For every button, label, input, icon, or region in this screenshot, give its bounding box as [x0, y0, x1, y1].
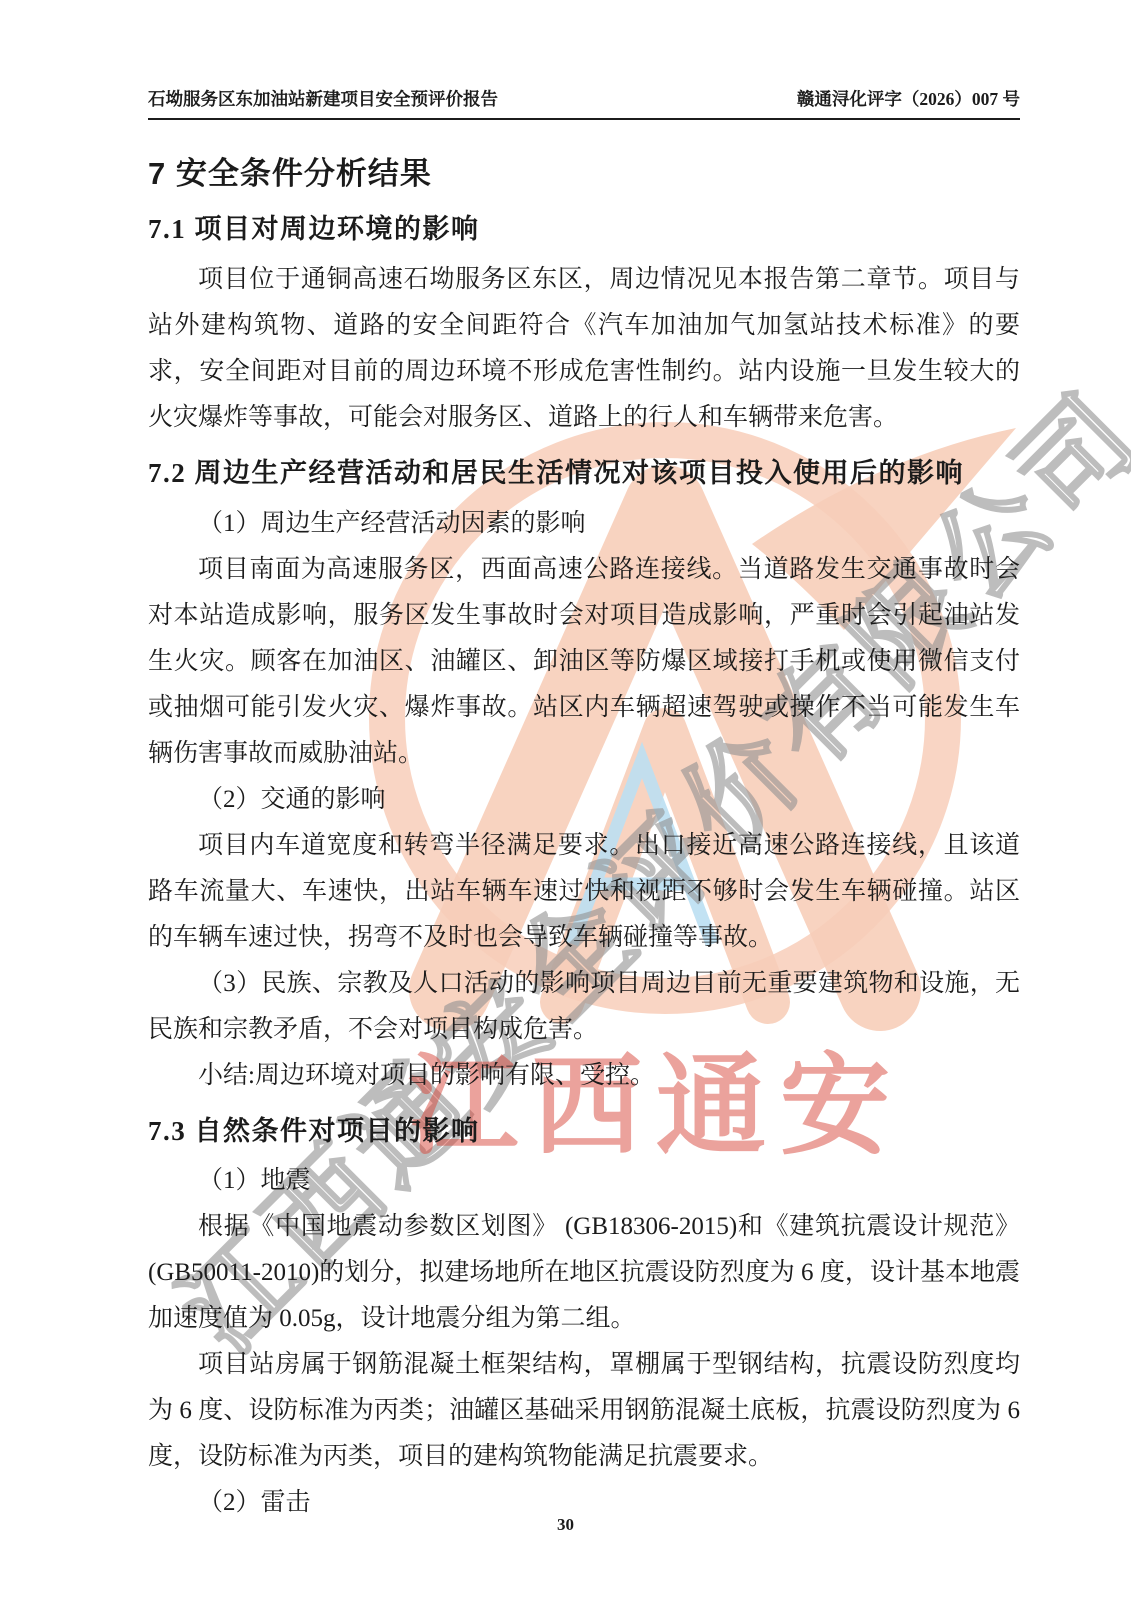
- paragraph: 项目南面为高速服务区，西面高速公路连接线。当道路发生交通事故时会对本站造成影响，…: [148, 547, 1020, 777]
- section-7-3-heading: 7.3 自然条件对项目的影响: [148, 1115, 1020, 1149]
- section-7-1-heading: 7.1 项目对周边环境的影响: [148, 213, 1020, 247]
- paragraph: 小结:周边环境对项目的影响有限、受控。: [148, 1053, 1020, 1099]
- page-number: 30: [0, 1515, 1131, 1535]
- paragraph: （1）地震: [148, 1158, 1020, 1204]
- section-7-2-heading: 7.2 周边生产经营活动和居民生活情况对该项目投入使用后的影响: [148, 457, 1020, 491]
- paragraph: 根据《中国地震动参数区划图》 (GB18306-2015)和《建筑抗震设计规范》…: [148, 1204, 1020, 1342]
- section-7-2: 7.2 周边生产经营活动和居民生活情况对该项目投入使用后的影响 （1）周边生产经…: [148, 457, 1020, 1099]
- paragraph: （1）周边生产经营活动因素的影响: [148, 501, 1020, 547]
- header-report-title: 石坳服务区东加油站新建项目安全预评价报告: [148, 86, 498, 111]
- header-document-number: 赣通浔化评字（2026）007 号: [797, 86, 1020, 111]
- section-7-1: 7.1 项目对周边环境的影响 项目位于通铜高速石坳服务区东区，周边情况见本报告第…: [148, 213, 1020, 441]
- paragraph: （3）民族、宗教及人口活动的影响项目周边目前无重要建筑物和设施，无民族和宗教矛盾…: [148, 961, 1020, 1053]
- paragraph: 项目位于通铜高速石坳服务区东区，周边情况见本报告第二章节。项目与站外建构筑物、道…: [148, 257, 1020, 441]
- paragraph: 项目内车道宽度和转弯半径满足要求。出口接近高速公路连接线，且该道路车流量大、车速…: [148, 823, 1020, 961]
- section-7-3: 7.3 自然条件对项目的影响 （1）地震 根据《中国地震动参数区划图》 (GB1…: [148, 1115, 1020, 1527]
- page-header: 石坳服务区东加油站新建项目安全预评价报告 赣通浔化评字（2026）007 号: [148, 86, 1020, 120]
- page-content: 石坳服务区东加油站新建项目安全预评价报告 赣通浔化评字（2026）007 号 7…: [148, 86, 1020, 1526]
- paragraph: （2）交通的影响: [148, 777, 1020, 823]
- paragraph: 项目站房属于钢筋混凝土框架结构，罩棚属于型钢结构，抗震设防烈度均为 6 度、设防…: [148, 1342, 1020, 1480]
- chapter-title: 7 安全条件分析结果: [148, 148, 1020, 193]
